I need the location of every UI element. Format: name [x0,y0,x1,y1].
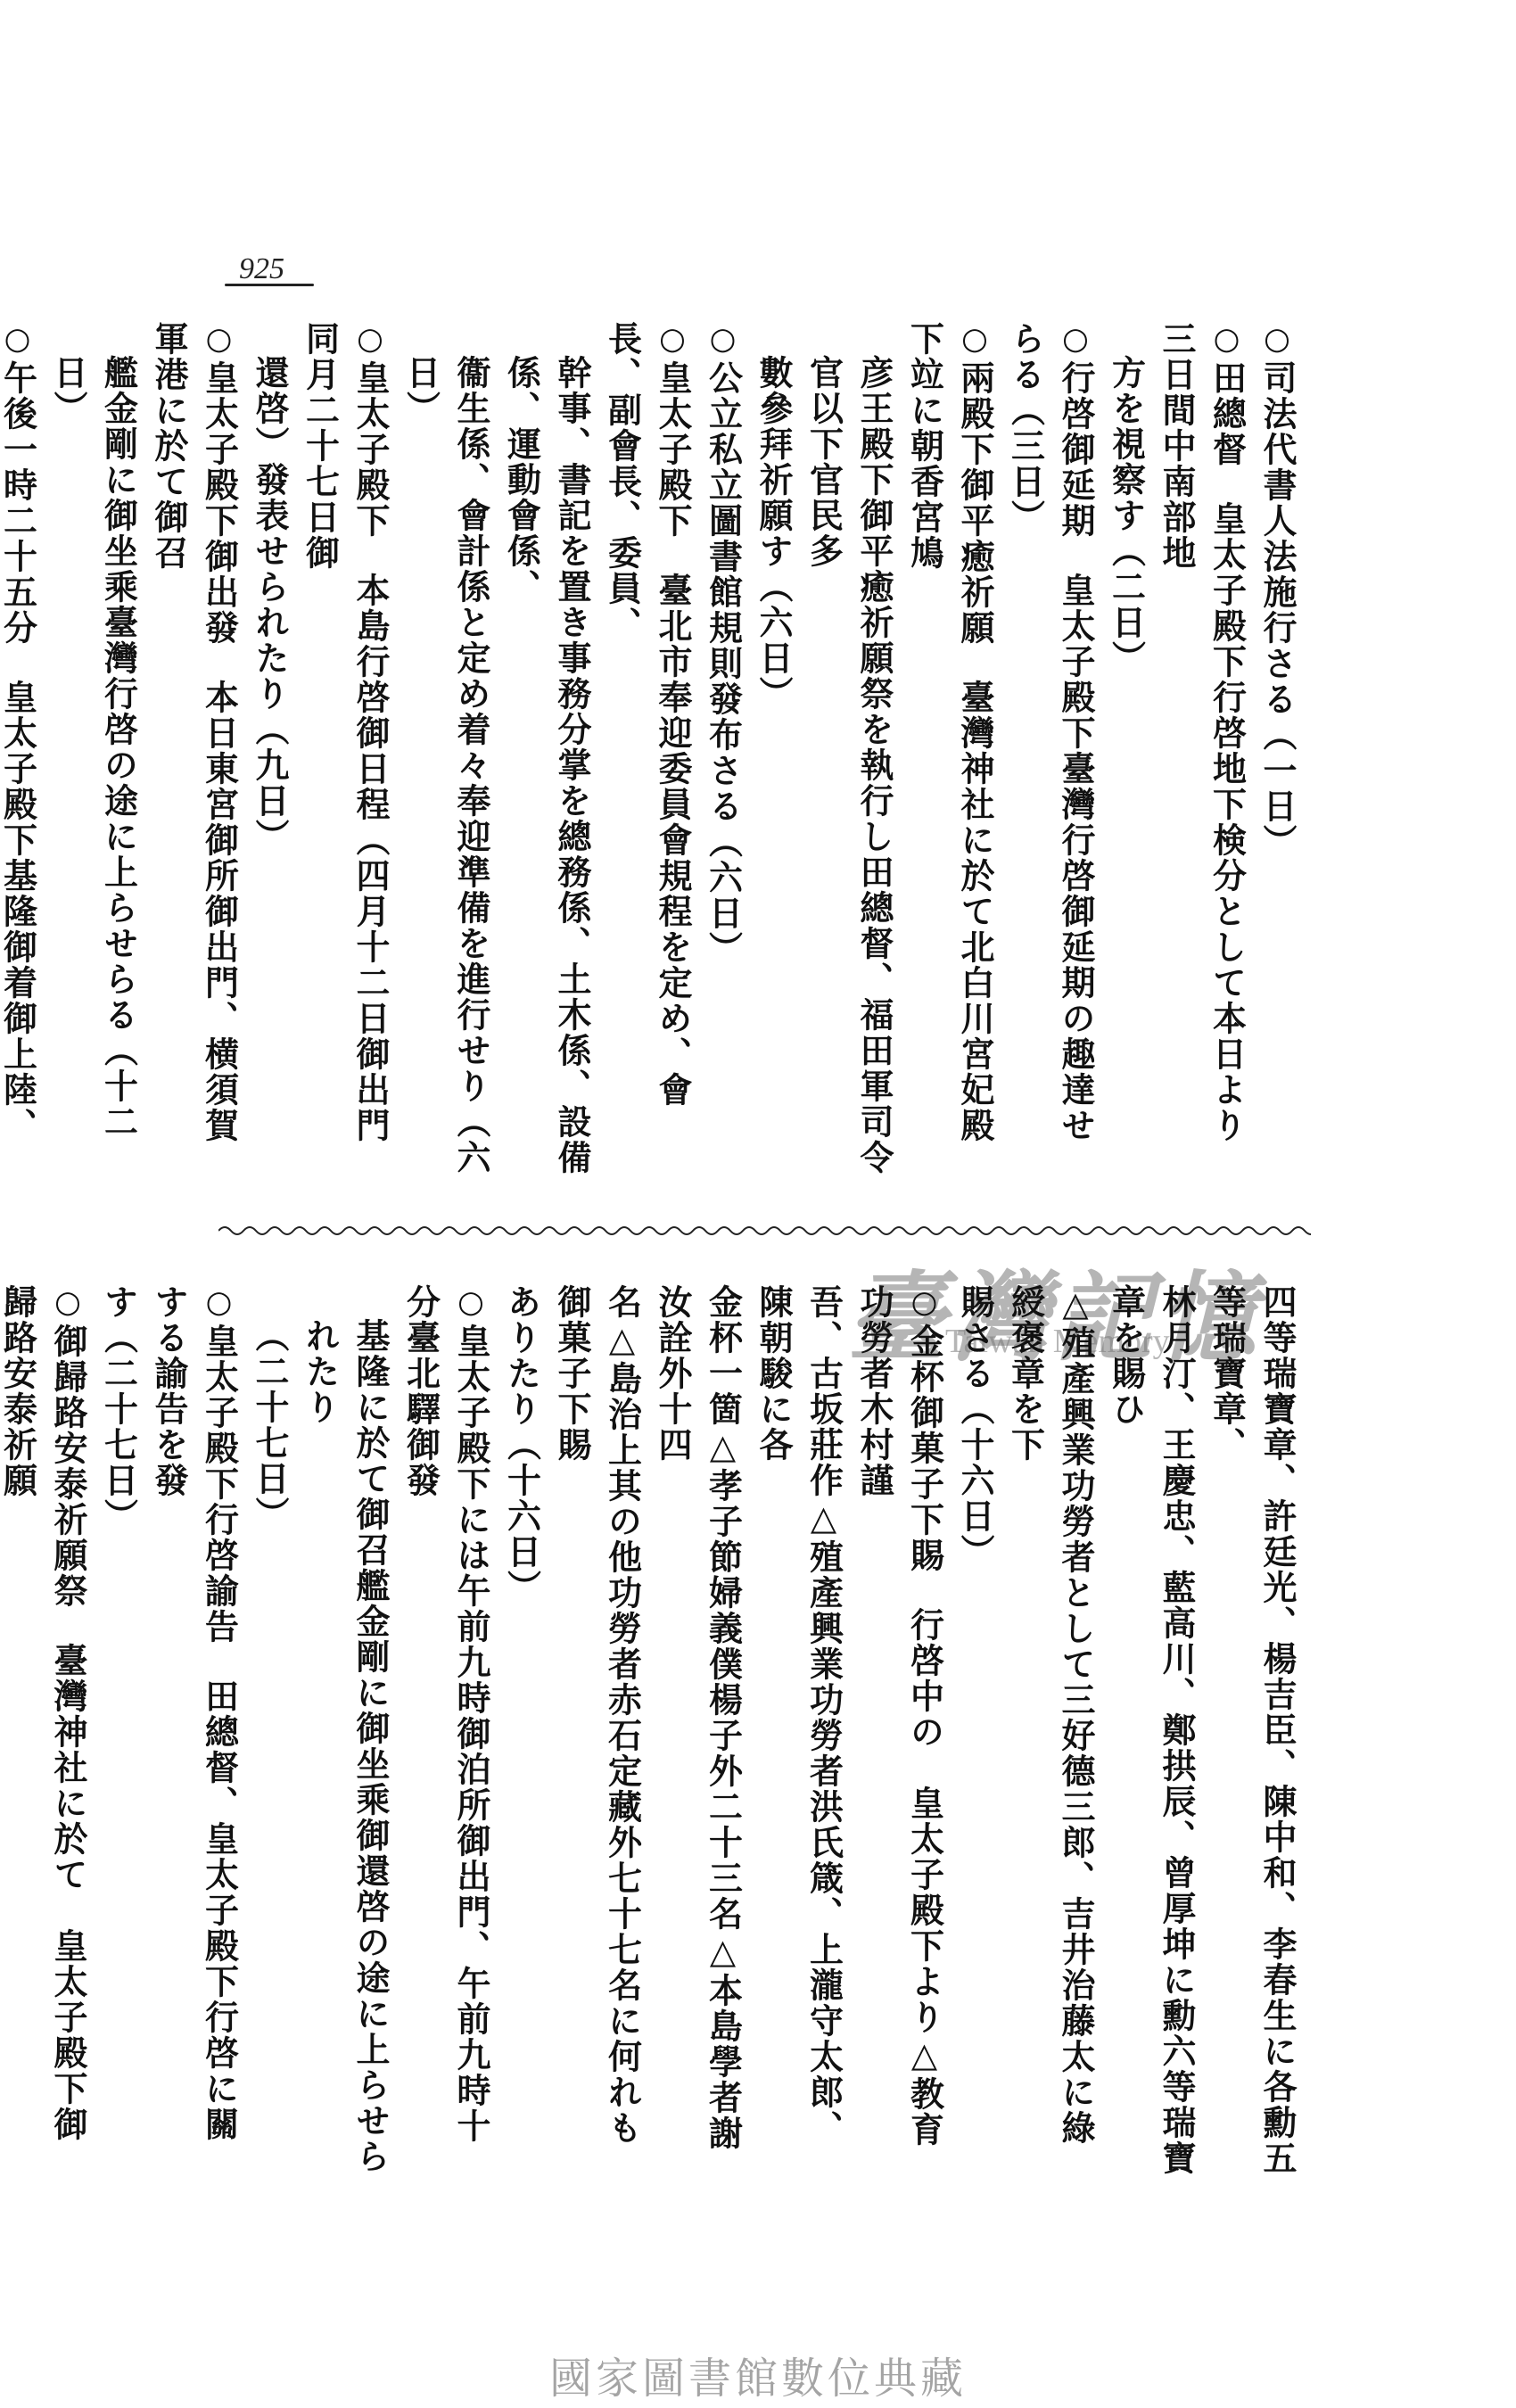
entry-2: ○行啓御延期 皇太子殿下臺灣行啓御延期の趣達せらる（三日） [1000,321,1100,1177]
entry-b4: ○御歸路安泰祈願祭 臺灣神社に於て 皇太子殿下御歸路安泰祈願 [0,1284,93,2176]
circle-bullet-icon: ○ [194,321,244,359]
entry-head: 金杯御菓子下賜 [905,1324,944,1573]
page-number: 925 [239,252,284,286]
entry-b3: ○皇太子殿下行啓諭告 田總督、皇太子殿下行啓に關する諭告を發 [144,1284,244,2176]
entry-b2: ○皇太子殿下には午前九時御泊所御出門、午前九時十分臺北驛御發 [395,1284,496,2176]
entry-1-cont: 方を視察す（二日） [1100,355,1151,1177]
entry-b2-cont: 基隆に於て御召艦金剛に御坐乘御還啓の途に上らせられたり （二十七日） [244,1318,396,2176]
entry-head: 行啓御延期 [1056,360,1095,539]
entry-head: 皇太子殿下 [451,1324,490,1502]
entry-3: ○兩殿下御平癒祈願 臺灣神社に於て北白川宮妃殿下竝に朝香宮鳩 [899,321,1000,1177]
entry-8: ○午後一時二十五分 皇太子殿下基隆御着御上陸、基隆驛御乘車、 [0,321,43,1177]
entry-head: 公立私立圖書館規則發布さる（六日） [704,360,743,967]
entry-5-cont: 幹事、書記を置き事務分掌を總務係、土木係、設備係、運動會係、 衞生係、會計係と定… [395,355,597,1177]
wavy-divider [218,1222,1311,1240]
entry-3-cont: 彦王殿下御平癒祈願祭を執行し田總督、福田軍司令官以下官民多 數參拜祈願す（六日） [748,355,900,1177]
text-block-top: ○司法代書人法施行さる（一日） ○田總督 皇太子殿下行啓地下検分として本日より三… [210,321,1302,1177]
entry-0: ○司法代書人法施行さる（一日） [1252,321,1303,1177]
circle-bullet-icon: ○ [899,1284,950,1322]
circle-bullet-icon: ○ [0,321,43,359]
circle-bullet-icon: ○ [194,1284,244,1322]
entry-head: 皇太子殿下行啓諭告 [200,1324,239,1645]
circle-bullet-icon: ○ [950,321,1001,359]
entry-head: 御歸路安泰祈願祭 [48,1324,87,1609]
entry-b0-cont: 四等瑞寶章、許廷光、楊吉臣、陳中和、李春生に各勳五等瑞寶章、 林月汀、王慶忠、藍… [950,1284,1303,2176]
entry-b1-cont: 吾、古坂莊作△殖產興業功勞者洪氏箴、上瀧守太郎、陳朝駿に各 金杯一箇△孝子節婦義… [496,1284,849,2176]
entry-4: ○公立私立圖書館規則發布さる（六日） [697,321,748,1177]
circle-bullet-icon: ○ [43,1284,94,1322]
entry-6-cont: 還啓）發表せられたり（九日） [244,355,295,1177]
entry-head: 兩殿下御平癒祈願 [955,360,994,646]
entry-head: 皇太子殿下 [653,360,692,539]
entry-6: ○皇太子殿下 本島行啓御日程（四月十二日御出門同月二十七日御 [294,321,395,1177]
circle-bullet-icon: ○ [647,321,698,359]
entry-head: 皇太子殿下 [350,360,390,539]
entry-b3-cont: す（二十七日） [93,1284,144,2176]
circle-bullet-icon: ○ [1201,321,1252,359]
entry-head: 司法代書人法施行さる（一日） [1257,360,1297,860]
library-footer: 國家圖書館數位典藏 [0,2344,1516,2405]
circle-bullet-icon: ○ [345,321,396,359]
entry-5: ○皇太子殿下 臺北市奉迎委員會規程を定め、會長、副會長、委員、 [597,321,697,1177]
entry-7-cont: 艦金剛に御坐乘臺灣行啓の途に上らせらる（十二日） [43,355,144,1177]
entry-head: 田總督 [1207,360,1247,467]
circle-bullet-icon: ○ [1252,321,1303,359]
page-number-rule [225,284,314,286]
circle-bullet-icon: ○ [1050,321,1101,359]
circle-bullet-icon: ○ [446,1284,497,1322]
text-block-bottom: 四等瑞寶章、許廷光、楊吉臣、陳中和、李春生に各勳五等瑞寶章、 林月汀、王慶忠、藍… [210,1284,1302,2176]
entry-7: ○皇太子殿下御出發 本日東宮御所御出門、横須賀軍港に於て御召 [144,321,244,1177]
entry-head: 皇太子殿下御出發 [200,360,239,646]
entry-1: ○田總督 皇太子殿下行啓地下検分として本日より三日間中南部地 [1151,321,1252,1177]
entry-head: 午後一時二十五分 [0,360,37,646]
entry-b1: ○金杯御菓子下賜 行啓中の 皇太子殿下より△教育功勞者木村謹 [849,1284,950,2176]
circle-bullet-icon: ○ [697,321,748,359]
